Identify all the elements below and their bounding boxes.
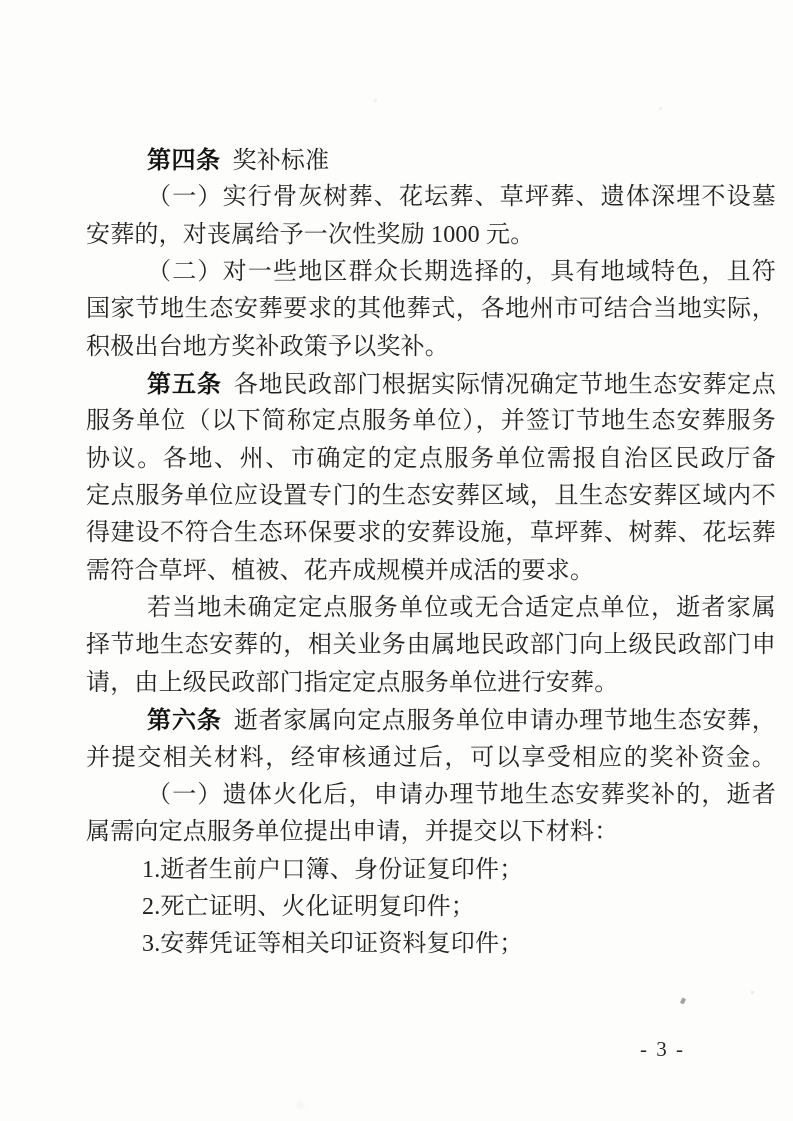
text-line: 1.逝者生前户口簿、身份证复印件； (86, 852, 776, 889)
text-line: 若当地未确定定点服务单位或无合适定点单位，逝者家属选 (86, 590, 776, 627)
line-text: 各地民政部门根据实际情况确定节地生态安葬定点 (234, 372, 776, 398)
line-text: 逝者家属向定点服务单位申请办理节地生态安葬， (234, 708, 776, 734)
text-line: 协议。各地、州、市确定的定点服务单位需报自治区民政厅备案。 (86, 441, 776, 478)
text-line: 并提交相关材料，经审核通过后，可以享受相应的奖补资金。 (86, 740, 776, 777)
scan-noise (0, 0, 1, 1)
text-line: 积极出台地方奖补政策予以奖补。 (86, 329, 776, 366)
text-line: 第五条各地民政部门根据实际情况确定节地生态安葬定点 (86, 366, 776, 403)
text-line: 择节地生态安葬的，相关业务由属地民政部门向上级民政部门申 (86, 627, 776, 664)
text-line: 定点服务单位应设置专门的生态安葬区域，且生态安葬区域内不 (86, 478, 776, 515)
text-line: 2.死亡证明、火化证明复印件； (86, 889, 776, 926)
text-line: 国家节地生态安葬要求的其他葬式，各地州市可结合当地实际， (86, 291, 776, 328)
text-line: 第六条逝者家属向定点服务单位申请办理节地生态安葬， (86, 702, 776, 739)
text-line: 请，由上级民政部门指定定点服务单位进行安葬。 (86, 665, 776, 702)
page-number: - 3 - (640, 1037, 685, 1062)
document-text: 第四条奖补标准（一）实行骨灰树葬、花坛葬、草坪葬、遗体深埋不设墓碑安葬的，对丧属… (86, 142, 776, 964)
text-line: 需符合草坪、植被、花卉成规模并成活的要求。 (86, 553, 776, 590)
article-number: 第五条 (147, 371, 222, 398)
article-number: 第六条 (147, 707, 222, 734)
document-page: 第四条奖补标准（一）实行骨灰树葬、花坛葬、草坪葬、遗体深埋不设墓碑安葬的，对丧属… (0, 0, 793, 1121)
text-line: （一）遗体火化后，申请办理节地生态安葬奖补的，逝者家 (86, 777, 776, 814)
text-line: 第四条奖补标准 (86, 142, 776, 179)
text-line: 属需向定点服务单位提出申请，并提交以下材料： (86, 814, 776, 851)
scan-speck (680, 997, 686, 1004)
article-number: 第四条 (147, 147, 221, 174)
text-line: （二）对一些地区群众长期选择的，具有地域特色，且符合 (86, 254, 776, 291)
text-line: 安葬的，对丧属给予一次性奖励 1000 元。 (86, 217, 776, 254)
text-line: （一）实行骨灰树葬、花坛葬、草坪葬、遗体深埋不设墓碑 (86, 179, 776, 216)
text-line: 服务单位（以下简称定点服务单位），并签订节地生态安葬服务 (86, 403, 776, 440)
text-line: 得建设不符合生态环保要求的安葬设施，草坪葬、树葬、花坛葬 (86, 515, 776, 552)
line-text: 奖补标准 (233, 148, 330, 174)
text-line: 3.安葬凭证等相关印证资料复印件； (86, 926, 776, 963)
